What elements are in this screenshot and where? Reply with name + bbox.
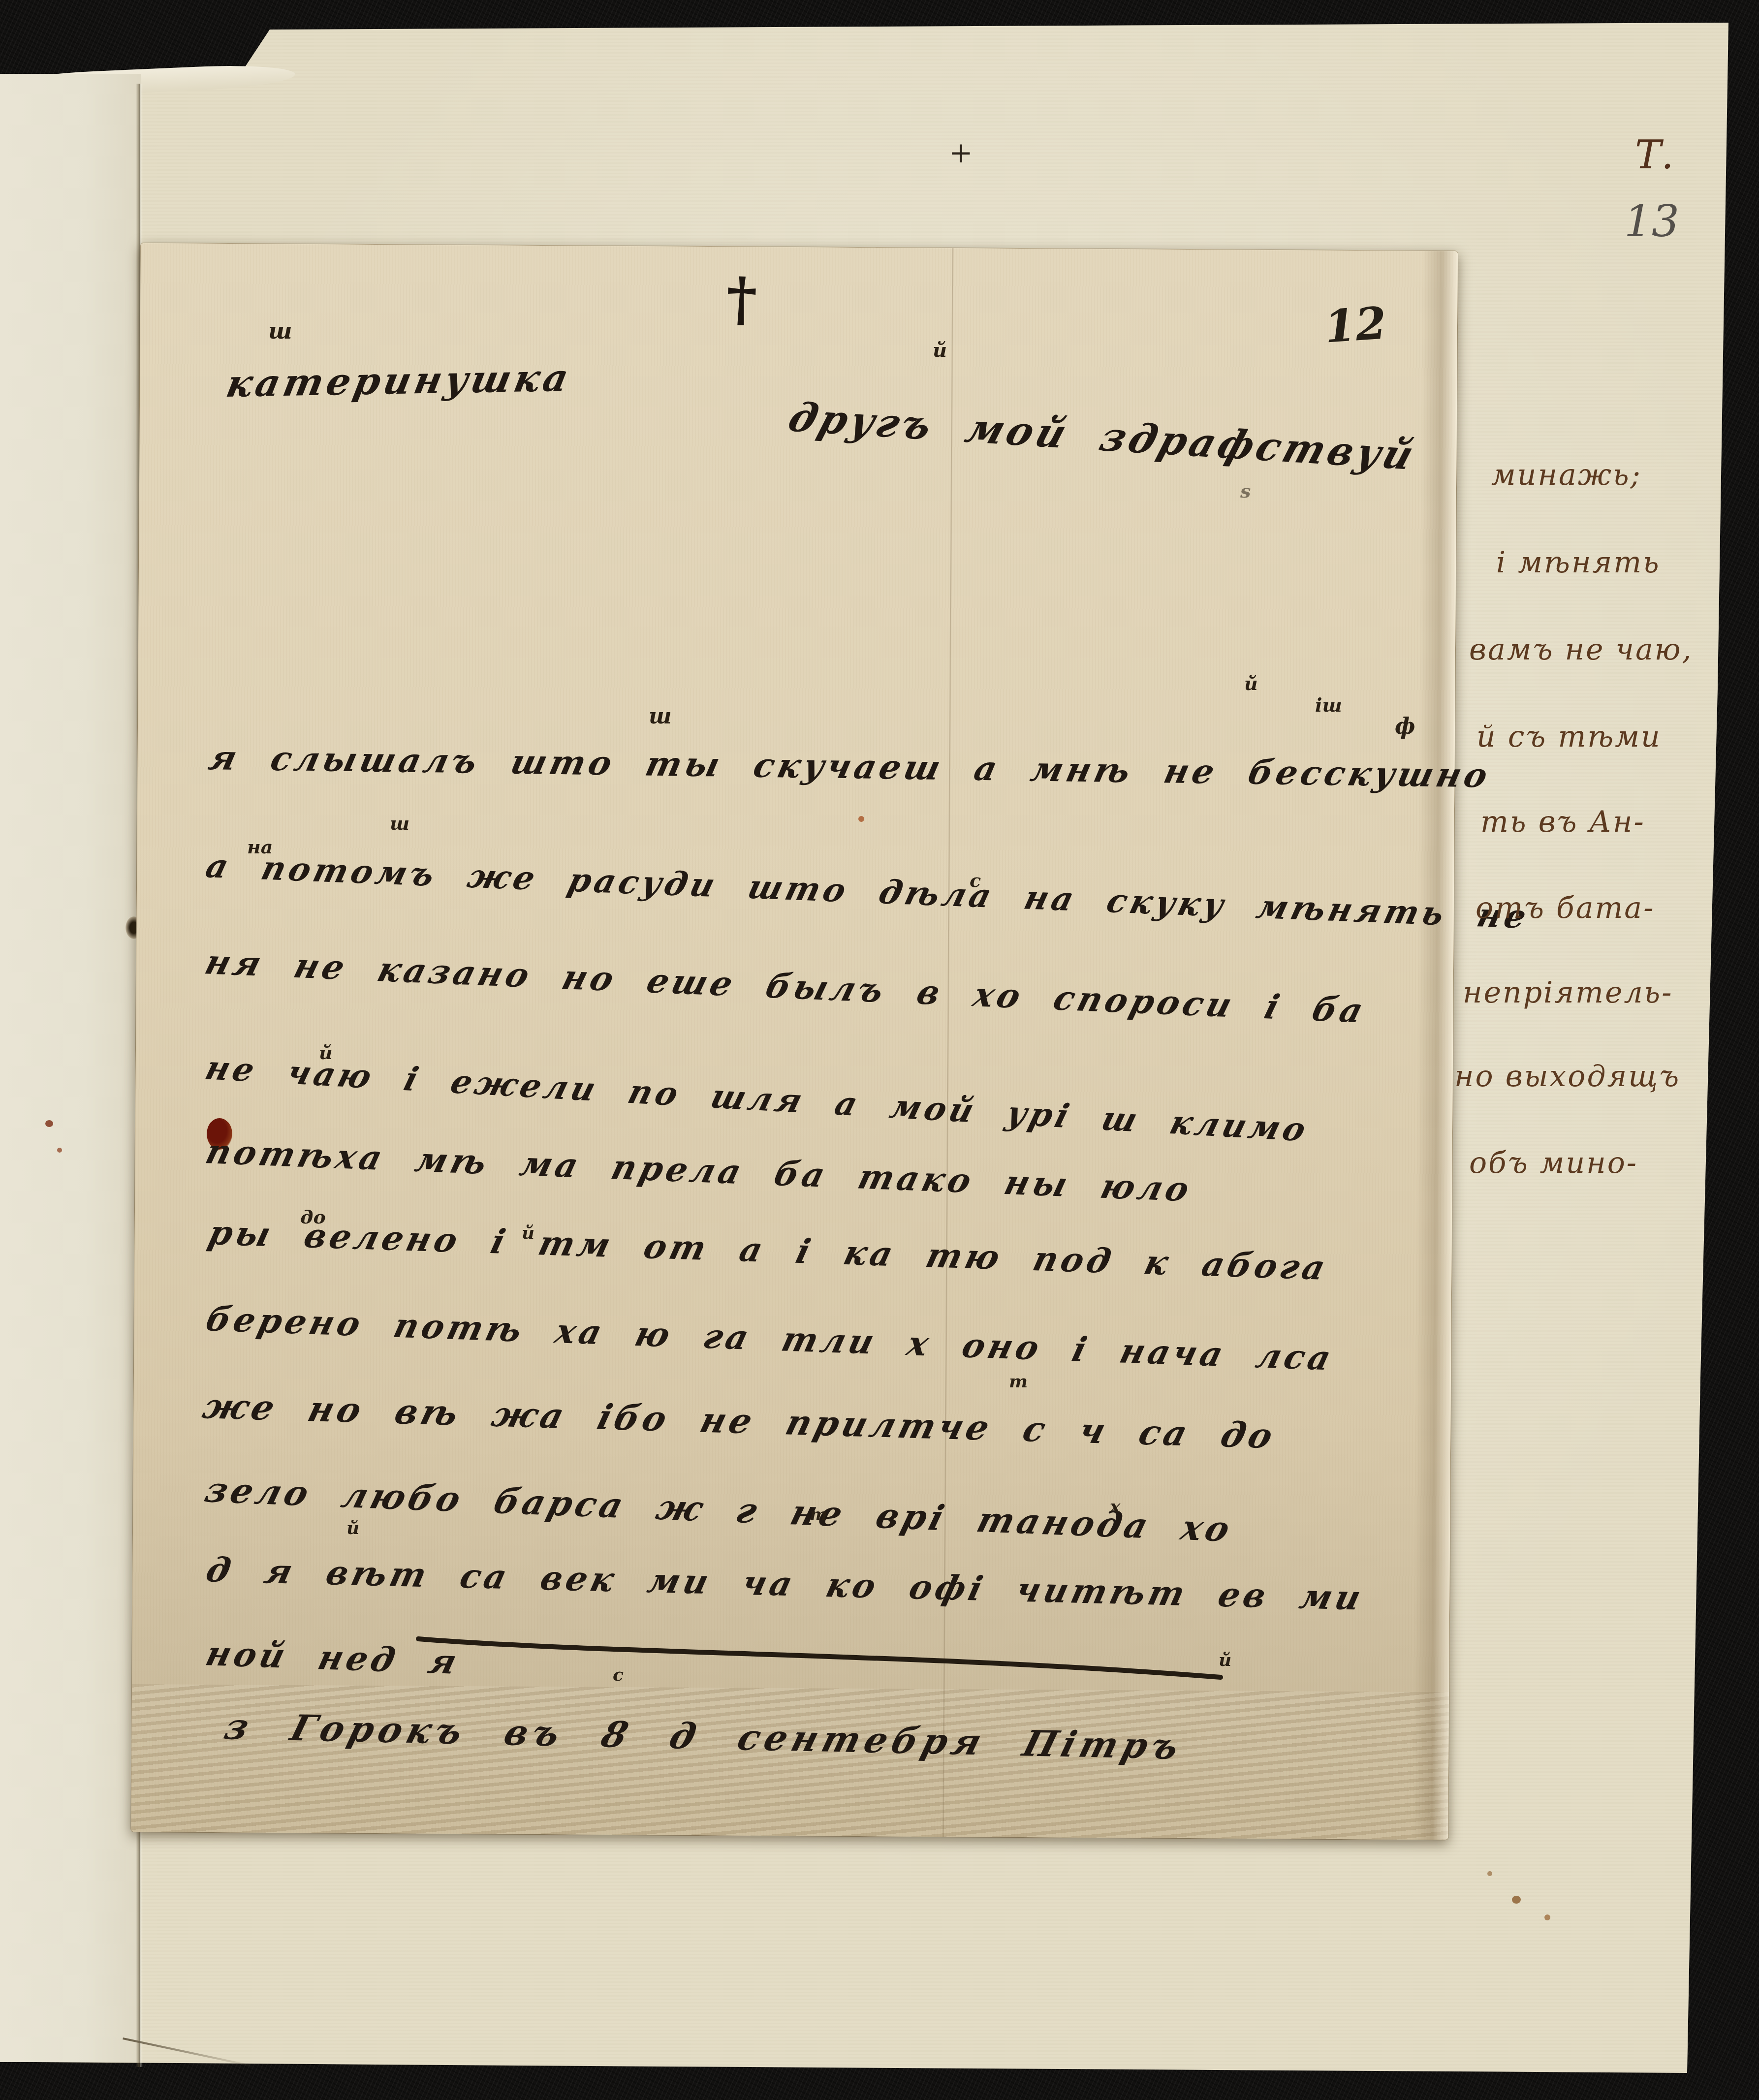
rust-spot [1487, 1871, 1492, 1876]
facing-page-line: вамъ не чаю, [1469, 632, 1693, 667]
superscript-mark: на [247, 836, 273, 858]
superscript-mark: т [1009, 1371, 1028, 1392]
superscript-mark: ф [1395, 713, 1415, 739]
top-cross-mark: + [949, 136, 973, 169]
red-speck [45, 1120, 53, 1127]
facing-page-line: і мѣнять [1496, 545, 1661, 580]
facing-page-line: непріятель- [1463, 975, 1673, 1010]
facing-page-line: ть въ Ан- [1480, 805, 1645, 839]
rust-spot [1512, 1896, 1521, 1904]
superscript-mark: іш [1315, 694, 1342, 716]
rust-spot [1544, 1914, 1550, 1920]
superscript-mark: й [933, 339, 947, 362]
facing-page-line: отъ бата- [1476, 891, 1655, 925]
superscript-mark: ш [649, 704, 672, 729]
superscript-mark: й [319, 1041, 333, 1064]
superscript-mark: ш [390, 812, 409, 834]
letter-heading-name: катеринушка [223, 356, 576, 406]
superscript-mark: т [810, 1505, 827, 1525]
volume-mark: Т. [1635, 132, 1674, 178]
page-number-ink: 12 [1323, 297, 1388, 353]
superscript-mark: ш [268, 317, 292, 344]
superscript-mark: до [300, 1206, 326, 1228]
leaf-number-pencil: 13 [1624, 196, 1679, 247]
facing-page-line: но выходящъ [1454, 1059, 1680, 1094]
superscript-mark: с [613, 1664, 624, 1685]
superscript-mark: й [1219, 1650, 1231, 1670]
superscript-mark: с [970, 869, 981, 891]
left-leaf-edge [0, 74, 141, 2062]
facing-page-line: объ мино- [1469, 1146, 1638, 1180]
superscript-mark: й [522, 1222, 534, 1243]
facing-page-line: й съ тѣми [1476, 720, 1662, 754]
letter-cross-mark: † [725, 264, 758, 334]
superscript-mark: х [1110, 1496, 1120, 1517]
superscript-mark: й [1244, 672, 1258, 694]
superscript-mark: й [346, 1518, 359, 1538]
brown-speck [858, 816, 864, 822]
red-speck [57, 1148, 62, 1153]
facing-page-line: минажь; [1491, 458, 1642, 492]
superscript-mark: ѕ [1240, 480, 1251, 502]
manuscript-photo: + Т. 13 12 † катеринушка другъ мой здраф… [0, 0, 1759, 2100]
